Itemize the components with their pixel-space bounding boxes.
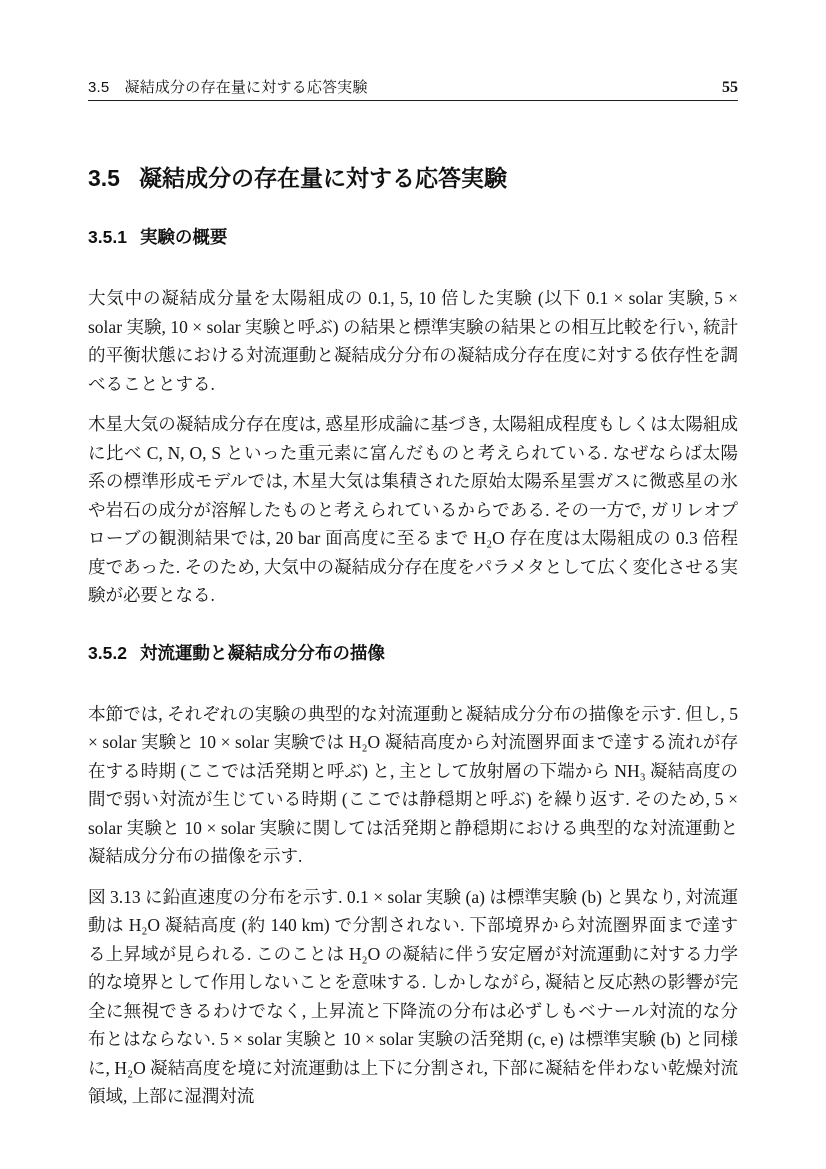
running-head-section-number: 3.5: [88, 80, 109, 96]
subsection-heading: 3.5.2 対流運動と凝結成分分布の描像: [88, 641, 738, 665]
section-title: 凝結成分の存在量に対する応答実験: [139, 163, 507, 194]
subsection-number: 3.5.1: [88, 225, 127, 249]
page-header: 3.5 凝結成分の存在量に対する応答実験 55: [88, 80, 738, 101]
section-heading: 3.5 凝結成分の存在量に対する応答実験: [88, 163, 738, 194]
paragraph: 木星大気の凝結成分存在度は, 惑星形成論に基づき, 太陽組成程度もしくは太陽組成…: [88, 410, 738, 610]
page-number: 55: [722, 80, 738, 96]
paragraph: 図 3.13 に鉛直速度の分布を示す. 0.1 × solar 実験 (a) は…: [88, 883, 738, 1111]
subsection-title: 対流運動と凝結成分分布の描像: [140, 641, 385, 665]
section-number: 3.5: [88, 163, 120, 194]
subsection-experiment-overview: 3.5.1 実験の概要 大気中の凝結成分量を太陽組成の 0.1, 5, 10 倍…: [88, 225, 738, 610]
subsection-title: 実験の概要: [140, 225, 228, 249]
paragraph: 大気中の凝結成分量を太陽組成の 0.1, 5, 10 倍した実験 (以下 0.1…: [88, 284, 738, 398]
subsection-number: 3.5.2: [88, 641, 127, 665]
running-head-title-group: 3.5 凝結成分の存在量に対する応答実験: [88, 80, 368, 96]
running-head-title: 凝結成分の存在量に対する応答実験: [124, 80, 367, 96]
subsection-heading: 3.5.1 実験の概要: [88, 225, 738, 249]
paragraph: 本節では, それぞれの実験の典型的な対流運動と凝結成分分布の描像を示す. 但し,…: [88, 700, 738, 871]
document-page: 3.5 凝結成分の存在量に対する応答実験 55 3.5 凝結成分の存在量に対する…: [0, 0, 826, 1169]
subsection-convection-distribution: 3.5.2 対流運動と凝結成分分布の描像 本節では, それぞれの実験の典型的な対…: [88, 641, 738, 1111]
